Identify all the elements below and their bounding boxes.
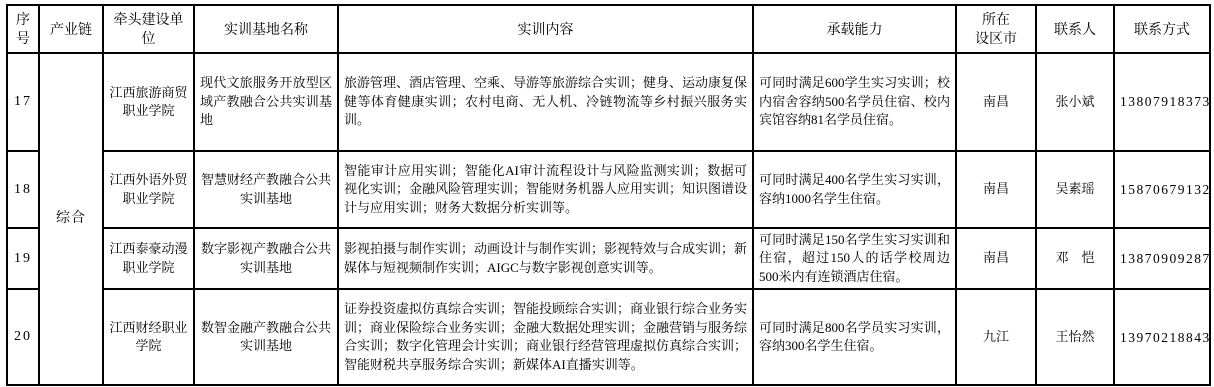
table-header: 序号 产业链 牵头建设单位 实训基地名称 实训内容 承载能力 所在 设区市 联系… (7, 5, 1210, 53)
training-bases-table: 序号 产业链 牵头建设单位 实训基地名称 实训内容 承载能力 所在 设区市 联系… (6, 4, 1211, 386)
cell-city: 南昌 (956, 53, 1036, 151)
cell-capacity: 可同时满足800名学员实习实训，容纳300名学生住宿。 (753, 289, 956, 385)
training-bases-table-wrap: 序号 产业链 牵头建设单位 实训基地名称 实训内容 承载能力 所在 设区市 联系… (0, 0, 1214, 386)
cell-phone: 15870679132 (1114, 151, 1210, 228)
cell-contact: 王怡然 (1036, 289, 1114, 385)
cell-industry-chain: 综合 (39, 53, 103, 385)
cell-base-name: 现代文旅服务开放型区域产教融合公共实训基地 (194, 53, 338, 151)
cell-training-content: 旅游管理、酒店管理、空乘、导游等旅游综合实训；健身、运动康复保健等体育健康实训；… (338, 53, 753, 151)
cell-seq: 19 (7, 228, 39, 289)
table-row: 18 江西外语外贸职业学院 智慧财经产教融合公共实训基地 智能审计应用实训；智能… (7, 151, 1210, 228)
cell-capacity: 可同时满足150名学生实习实训和住宿，超过150人的话学校周边500米内有连锁酒… (753, 228, 956, 289)
col-header-phone: 联系方式 (1114, 5, 1210, 53)
cell-base-name: 数字影视产教融合公共实训基地 (194, 228, 338, 289)
col-header-industry-chain: 产业链 (39, 5, 103, 53)
table-row: 19 江西泰豪动漫职业学院 数字影视产教融合公共实训基地 影视拍摄与制作实训；动… (7, 228, 1210, 289)
cell-seq: 20 (7, 289, 39, 385)
cell-seq: 18 (7, 151, 39, 228)
cell-lead-unit: 江西泰豪动漫职业学院 (103, 228, 194, 289)
cell-seq: 17 (7, 53, 39, 151)
cell-capacity: 可同时满足600学生实习实训；校内宿舍容纳500名学员住宿、校内宾馆容纳81名学… (753, 53, 956, 151)
cell-city: 南昌 (956, 151, 1036, 228)
cell-lead-unit: 江西旅游商贸职业学院 (103, 53, 194, 151)
cell-city: 南昌 (956, 228, 1036, 289)
col-header-training-content: 实训内容 (338, 5, 753, 53)
cell-base-name: 数智金融产教融合公共实训基地 (194, 289, 338, 385)
cell-phone: 13970218843 (1114, 289, 1210, 385)
col-header-base-name: 实训基地名称 (194, 5, 338, 53)
header-row: 序号 产业链 牵头建设单位 实训基地名称 实训内容 承载能力 所在 设区市 联系… (7, 5, 1210, 53)
cell-phone: 13870909287 (1114, 228, 1210, 289)
cell-lead-unit: 江西财经职业学院 (103, 289, 194, 385)
cell-contact: 吴素瑶 (1036, 151, 1114, 228)
table-row: 20 江西财经职业学院 数智金融产教融合公共实训基地 证券投资虚拟仿真综合实训；… (7, 289, 1210, 385)
cell-training-content: 影视拍摄与制作实训；动画设计与制作实训；影视特效与合成实训；新媒体与短视频制作实… (338, 228, 753, 289)
col-header-contact: 联系人 (1036, 5, 1114, 53)
cell-city: 九江 (956, 289, 1036, 385)
col-header-capacity: 承载能力 (753, 5, 956, 53)
table-row: 17 综合 江西旅游商贸职业学院 现代文旅服务开放型区域产教融合公共实训基地 旅… (7, 53, 1210, 151)
col-header-lead-unit: 牵头建设单位 (103, 5, 194, 53)
col-header-seq: 序号 (7, 5, 39, 53)
cell-capacity: 可同时满足400名学生实习实训，容纳1000名学生住宿。 (753, 151, 956, 228)
col-header-city: 所在 设区市 (956, 5, 1036, 53)
cell-base-name: 智慧财经产教融合公共实训基地 (194, 151, 338, 228)
cell-training-content: 智能审计应用实训；智能化AI审计流程设计与风险监测实训；数据可视化实训；金融风险… (338, 151, 753, 228)
cell-phone: 13807918373 (1114, 53, 1210, 151)
cell-training-content: 证券投资虚拟仿真综合实训；智能投顾综合实训；商业银行综合业务实训；商业保险综合业… (338, 289, 753, 385)
cell-contact: 邓 恺 (1036, 228, 1114, 289)
cell-lead-unit: 江西外语外贸职业学院 (103, 151, 194, 228)
cell-contact: 张小斌 (1036, 53, 1114, 151)
table-body: 17 综合 江西旅游商贸职业学院 现代文旅服务开放型区域产教融合公共实训基地 旅… (7, 53, 1210, 385)
